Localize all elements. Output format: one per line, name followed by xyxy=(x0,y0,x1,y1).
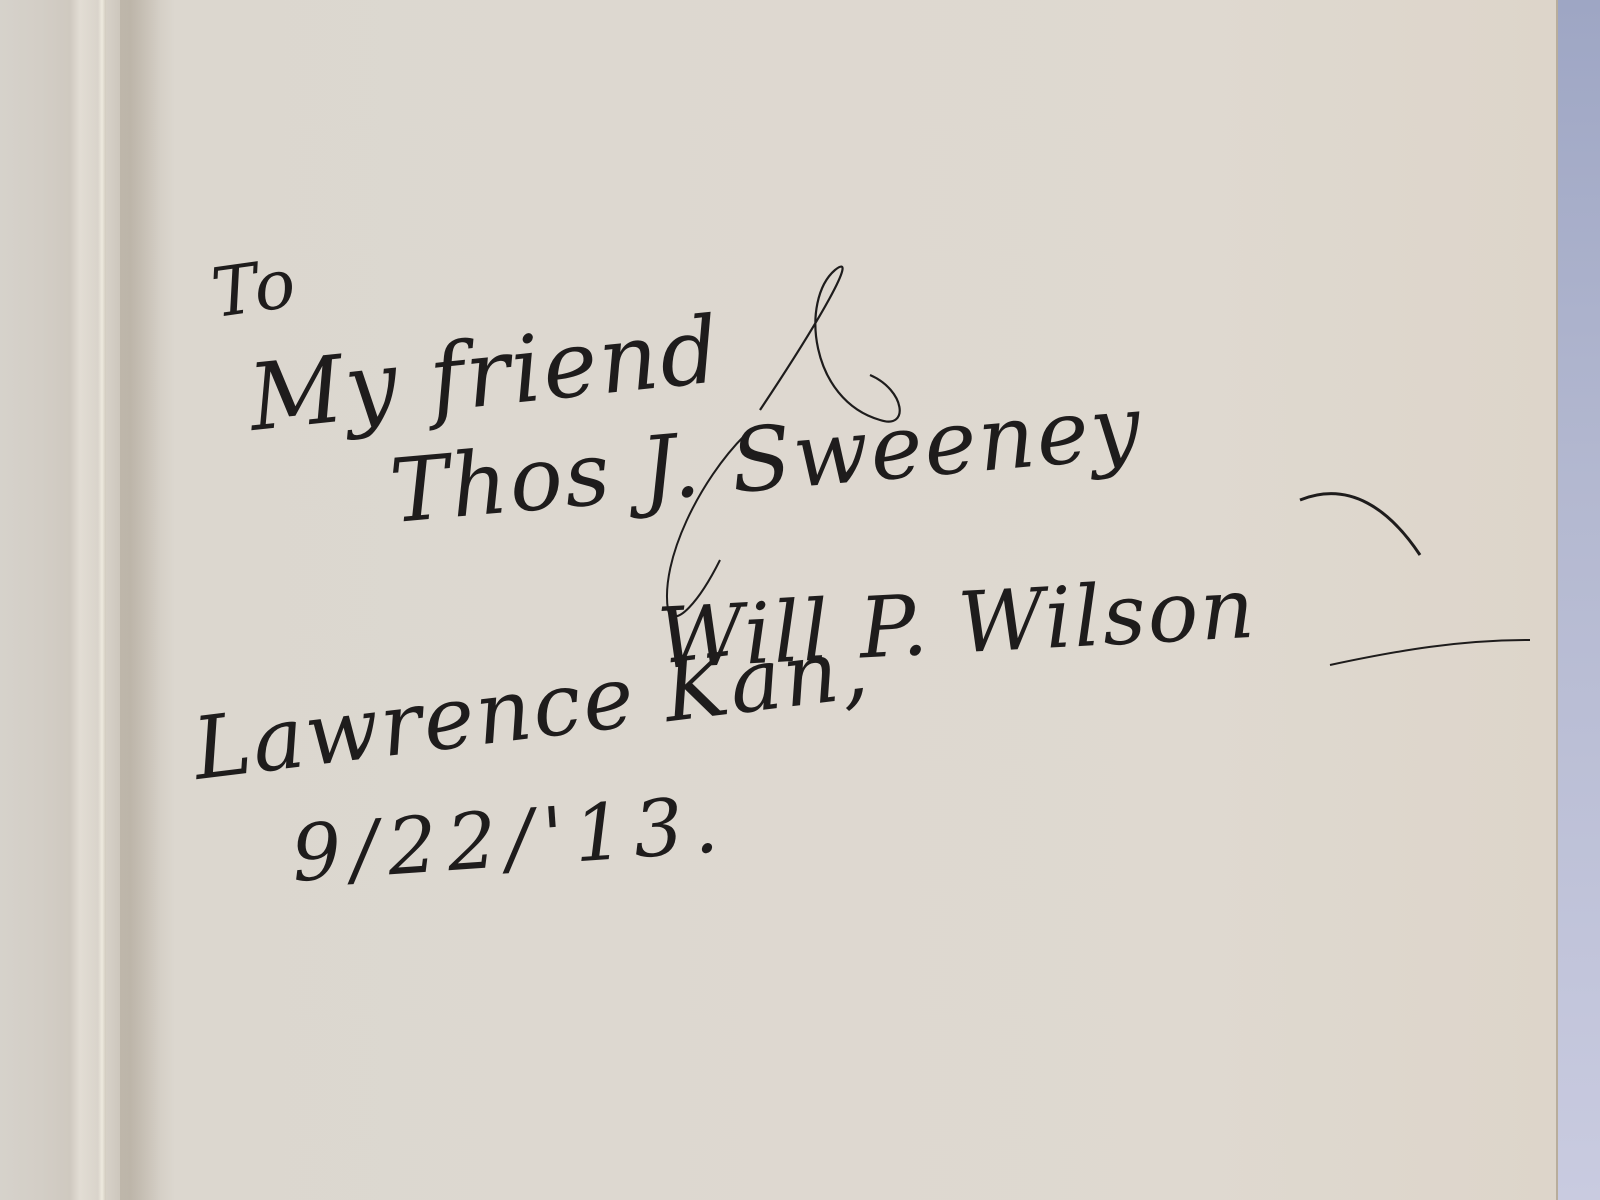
handwritten-inscription: To My friend Thos J. Sweeney Will P. Wil… xyxy=(0,0,1600,1200)
book-page-photo: To My friend Thos J. Sweeney Will P. Wil… xyxy=(0,0,1600,1200)
ink-flourishes xyxy=(0,0,1600,1200)
